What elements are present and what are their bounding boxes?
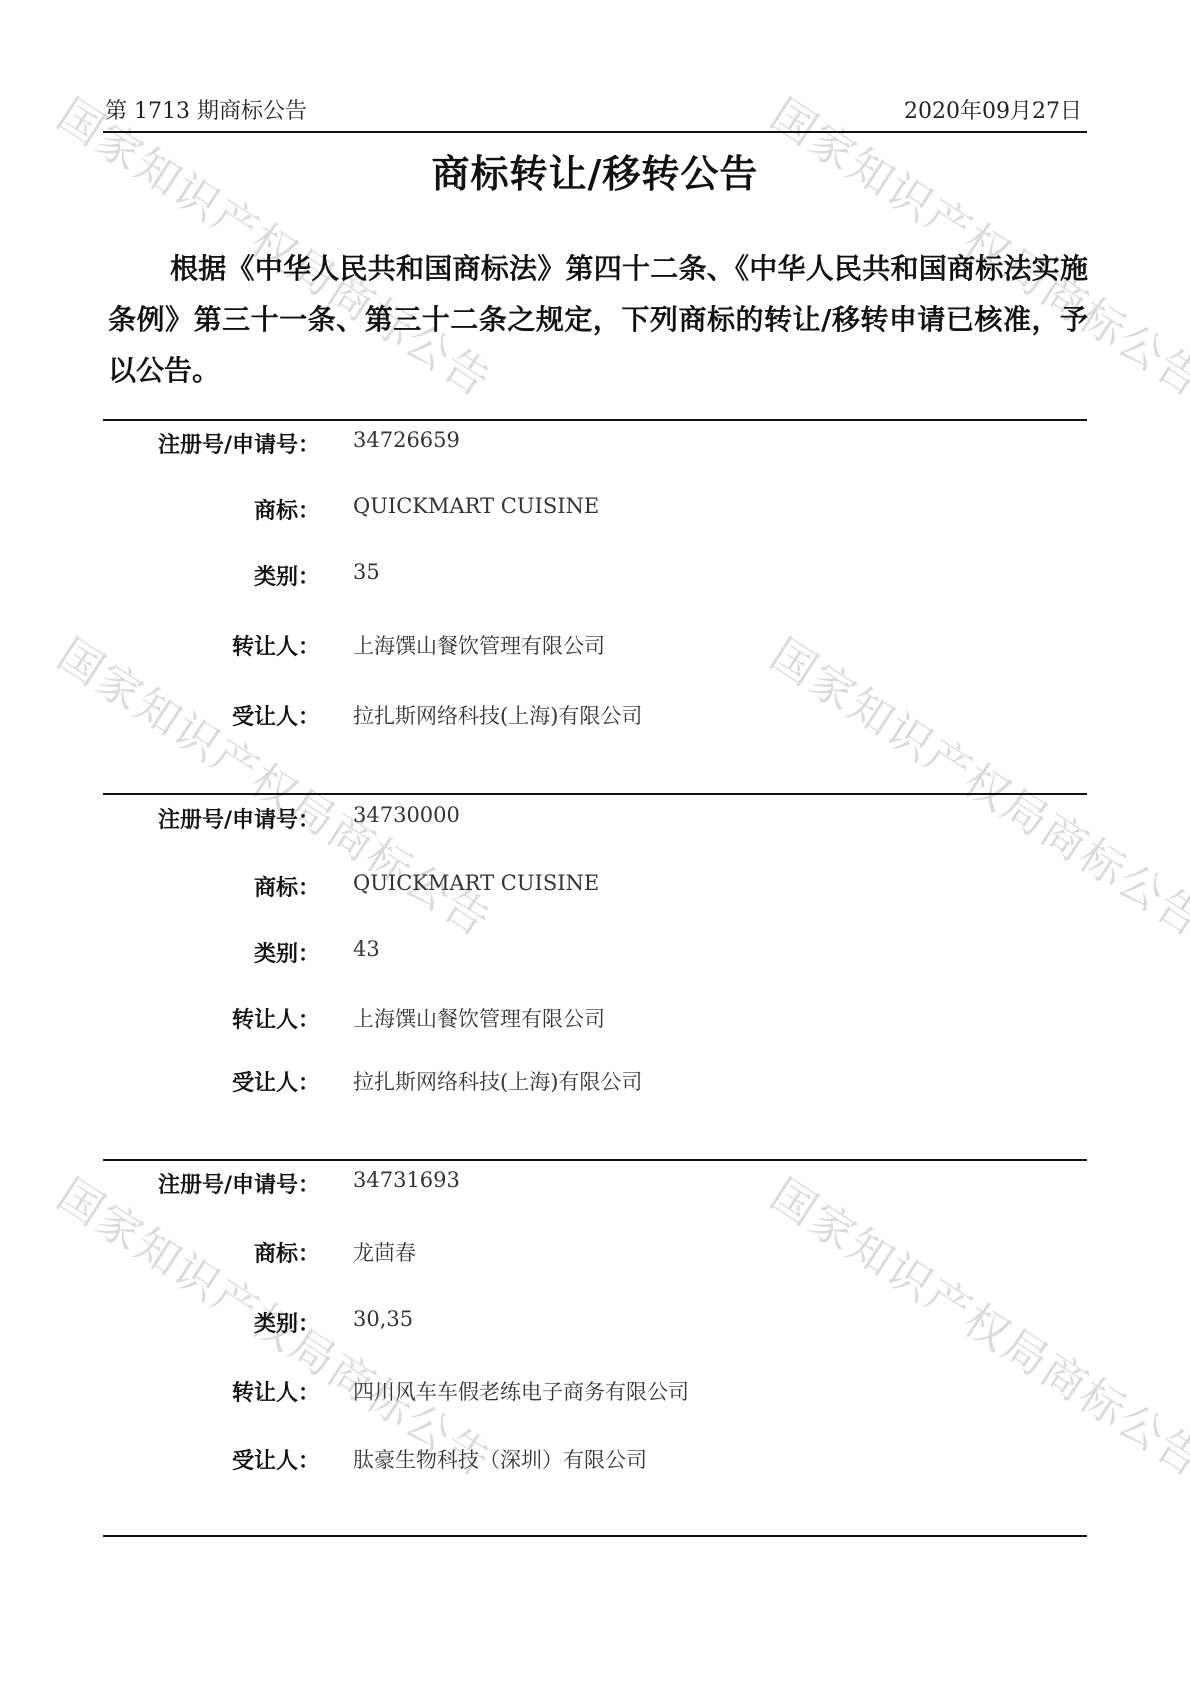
value-reg-no: 34730000 [353,803,460,827]
page-title: 商标转让/移转公告 [0,143,1190,198]
entry-3-mark: 商标： 龙茴春 [0,1237,1190,1277]
label-mark: 商标： [254,871,320,902]
entry-2-class: 类别： 43 [0,937,1190,977]
label-mark: 商标： [254,494,320,525]
value-assignee: 肽豪生物科技（深圳）有限公司 [353,1444,647,1474]
intro-paragraph: 根据《中华人民共和国商标法》第四十二条、《中华人民共和国商标法实施条例》第三十一… [108,243,1088,396]
value-class: 43 [353,937,380,961]
label-assignee: 受让人： [232,1444,320,1475]
value-mark: 龙茴春 [353,1237,416,1267]
label-reg-no: 注册号/申请号： [158,1168,320,1199]
label-reg-no: 注册号/申请号： [158,803,320,834]
value-assignor: 四川风车车假老练电子商务有限公司 [353,1376,689,1406]
label-assignor: 转让人： [232,1376,320,1407]
value-assignee: 拉扎斯网络科技(上海)有限公司 [353,1066,642,1096]
issue-number: 第 1713 期商标公告 [105,94,307,125]
entry-2-reg-no: 注册号/申请号： 34730000 [0,803,1190,843]
label-class: 类别： [254,937,320,968]
value-mark: QUICKMART CUISINE [353,871,599,895]
document-page: 国家知识产权局商标公告 国家知识产权局商标公告 国家知识产权局商标公告 国家知识… [0,0,1190,1698]
label-mark: 商标： [254,1237,320,1268]
value-mark: QUICKMART CUISINE [353,494,599,518]
entry-1-class: 类别： 35 [0,560,1190,600]
entry-3-assignee: 受让人： 肽豪生物科技（深圳）有限公司 [0,1444,1190,1484]
entry-1-mark: 商标： QUICKMART CUISINE [0,494,1190,534]
value-class: 35 [353,560,380,584]
announcement-date: 2020年09月27日 [904,94,1082,125]
entry-2-assignor: 转让人： 上海馔山餐饮管理有限公司 [0,1003,1190,1043]
label-class: 类别： [254,1307,320,1338]
value-assignor: 上海馔山餐饮管理有限公司 [353,630,605,660]
label-assignor: 转让人： [232,1003,320,1034]
label-class: 类别： [254,560,320,591]
entry-3-assignor: 转让人： 四川风车车假老练电子商务有限公司 [0,1376,1190,1416]
label-reg-no: 注册号/申请号： [158,428,320,459]
entry-1-assignee: 受让人： 拉扎斯网络科技(上海)有限公司 [0,700,1190,740]
label-assignee: 受让人： [232,700,320,731]
label-assignee: 受让人： [232,1066,320,1097]
value-assignor: 上海馔山餐饮管理有限公司 [353,1003,605,1033]
value-reg-no: 34726659 [353,428,460,452]
entry-divider [103,419,1087,421]
entry-divider [103,1159,1087,1161]
value-assignee: 拉扎斯网络科技(上海)有限公司 [353,700,642,730]
entry-1-reg-no: 注册号/申请号： 34726659 [0,428,1190,468]
entry-2-assignee: 受让人： 拉扎斯网络科技(上海)有限公司 [0,1066,1190,1106]
entry-3-class: 类别： 30,35 [0,1307,1190,1347]
entry-3-reg-no: 注册号/申请号： 34731693 [0,1168,1190,1208]
entry-1-assignor: 转让人： 上海馔山餐饮管理有限公司 [0,630,1190,670]
entry-2-mark: 商标： QUICKMART CUISINE [0,871,1190,911]
value-class: 30,35 [353,1307,413,1331]
header-divider [103,131,1087,133]
entry-divider [103,793,1087,795]
entry-divider [103,1535,1087,1537]
value-reg-no: 34731693 [353,1168,460,1192]
label-assignor: 转让人： [232,630,320,661]
